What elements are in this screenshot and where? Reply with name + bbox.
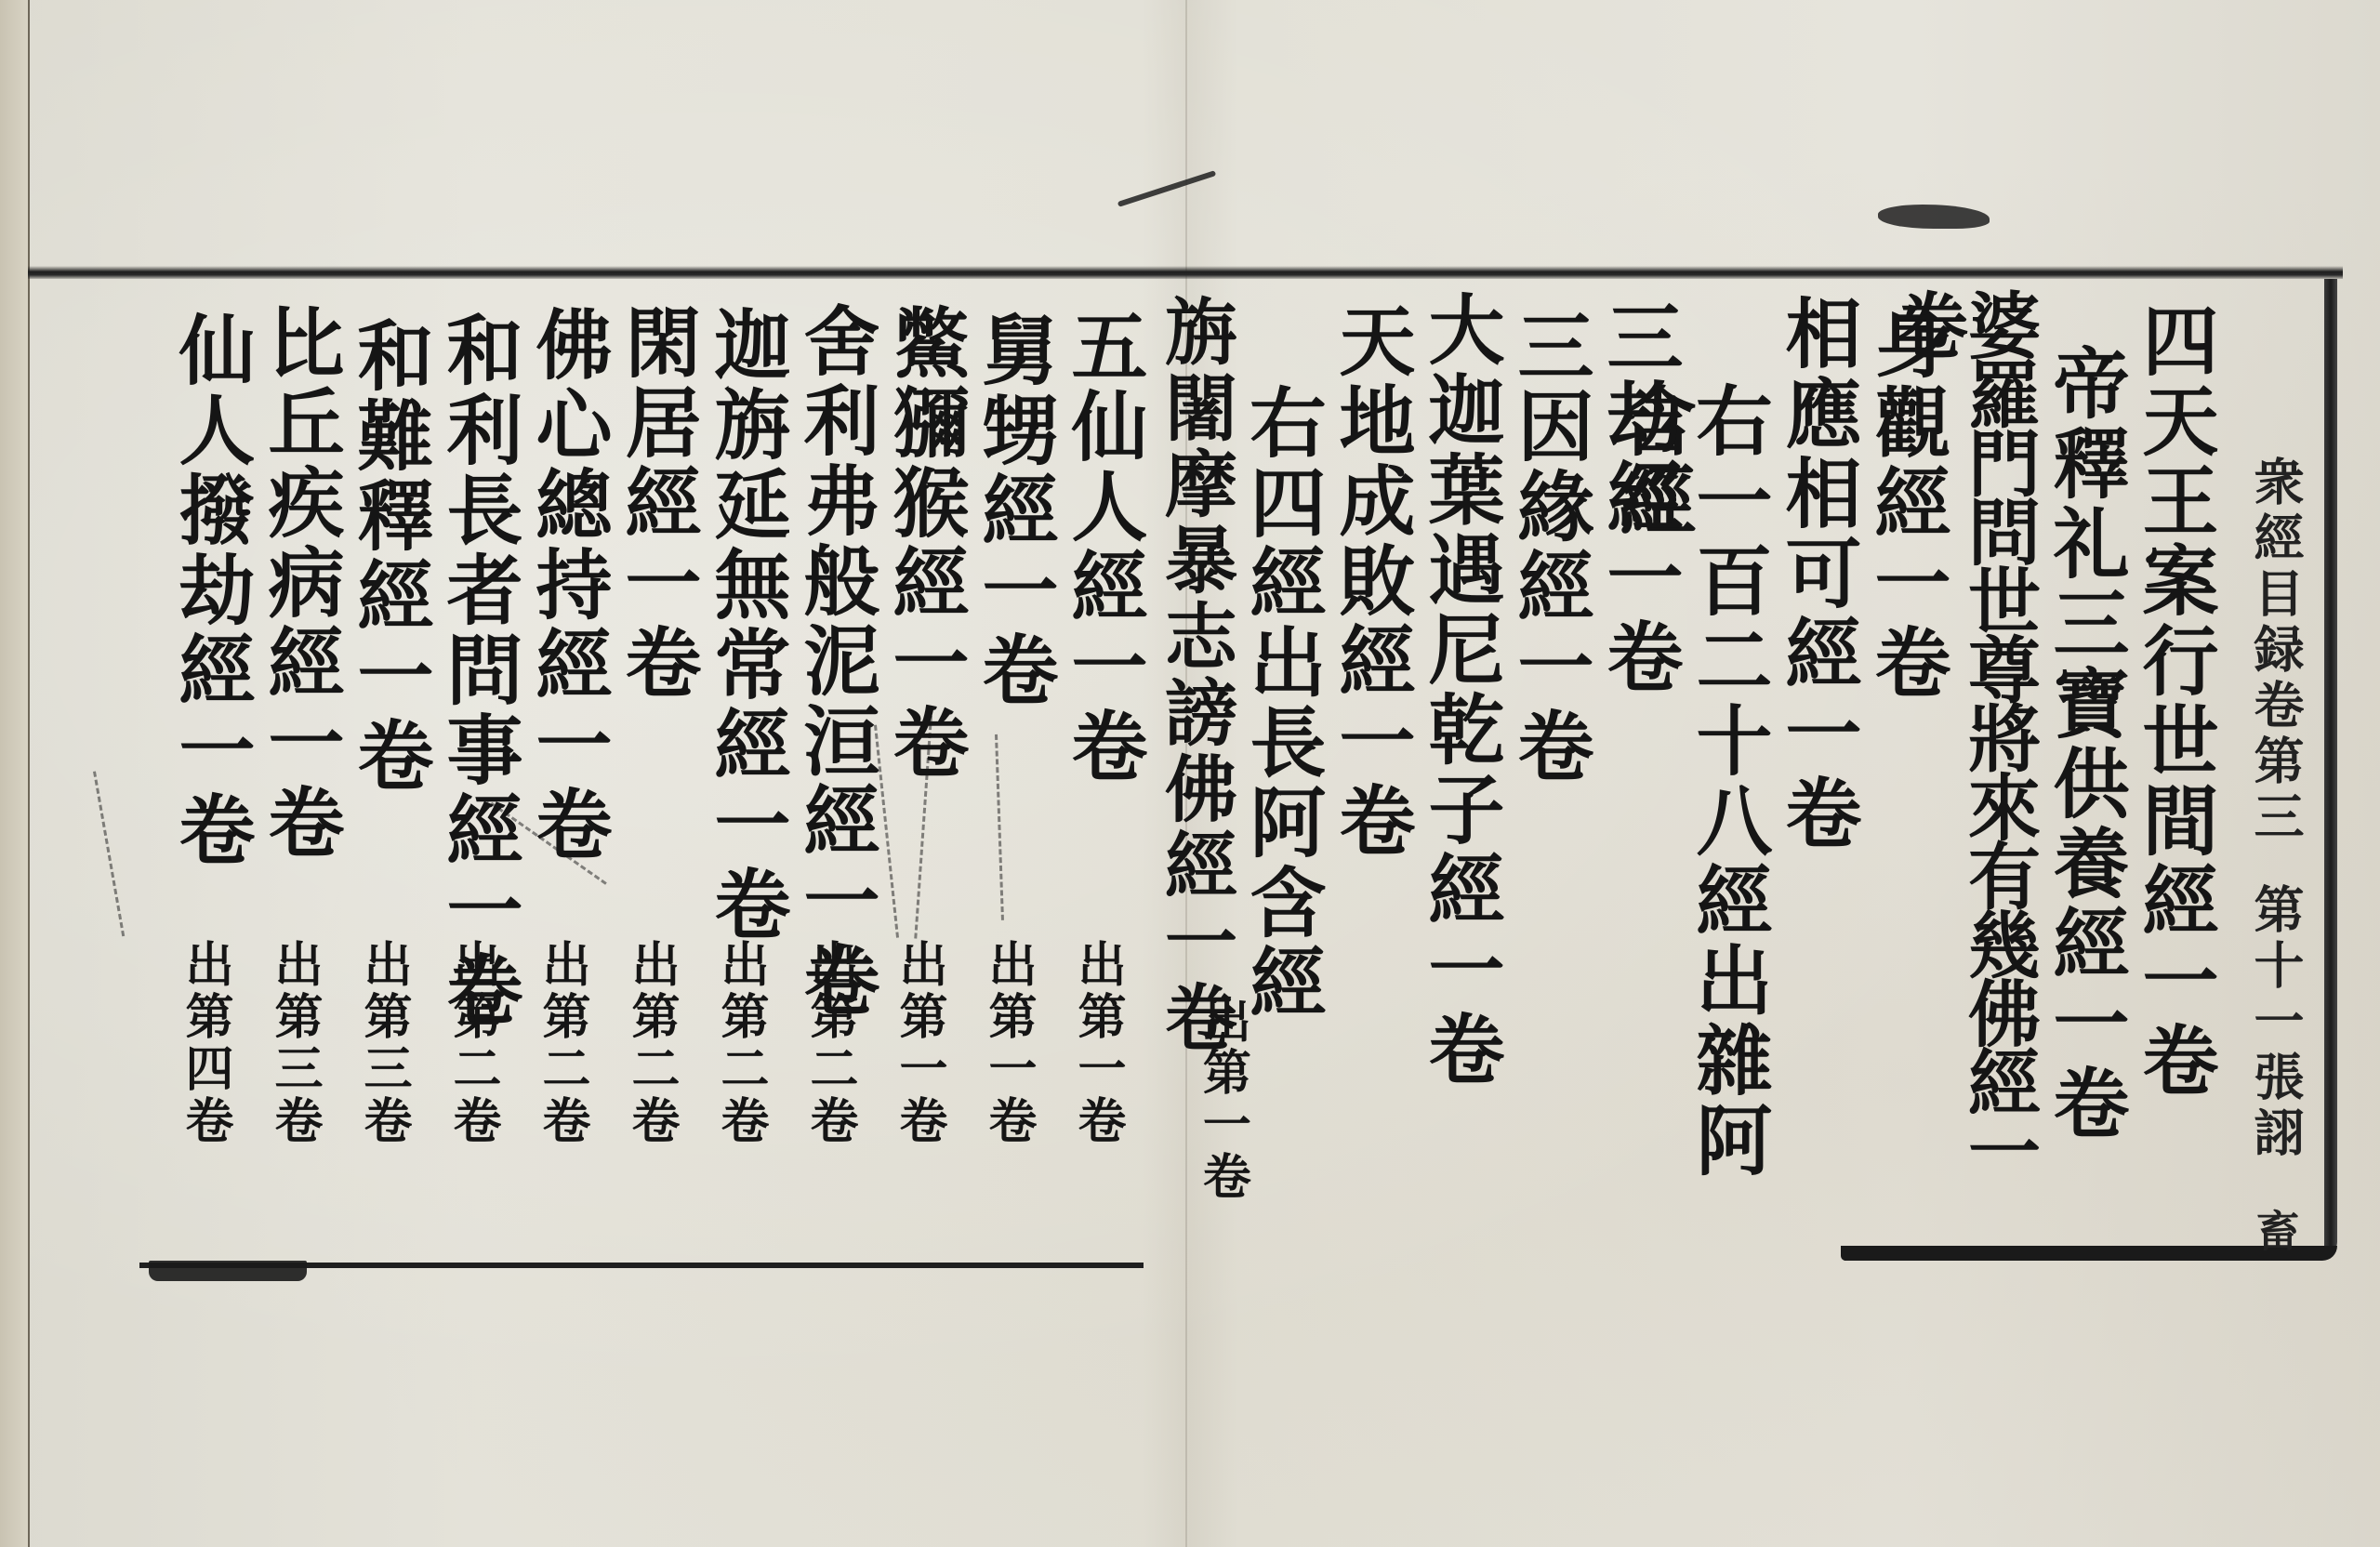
source-note: 出第一卷 — [984, 939, 1032, 1147]
ink-blot — [1878, 205, 1990, 229]
source-note: 出第三卷 — [359, 939, 407, 1147]
source-note: 出第二卷 — [627, 939, 675, 1147]
source-note: 出第二卷 — [537, 939, 586, 1147]
sutra-entry: 鱉獼猴經一卷 出第一卷 — [874, 279, 963, 1246]
sutra-entry: 天地成敗經一卷 — [1320, 279, 1409, 1246]
sutra-title: 三因緣經一卷 — [1512, 279, 1588, 1246]
sutra-entry: 五仙人經一卷 出第一卷 — [1052, 279, 1142, 1246]
text-block: 衆經目録卷第三 第十一張 詡 畜 四天王案行世間經一卷 帝釋礼三寶供養經一卷 婆… — [56, 279, 2324, 1246]
sutra-entry: 比丘疾病經一卷 出第三卷 — [249, 279, 338, 1246]
source-note: 出第三卷 — [270, 939, 318, 1147]
ink-smudge — [1117, 170, 1216, 207]
sutra-entry: 仙人撥劫經一卷 出第四卷 — [160, 279, 249, 1246]
sutra-title: 天地成敗經一卷 — [1333, 279, 1409, 1246]
block-mark: 詡 — [2241, 1106, 2312, 1162]
sutra-entry: 舍利弗般泥洹經一卷 出第二卷 — [785, 279, 874, 1246]
source-note: 出第一卷 — [1197, 995, 1246, 1203]
source-note: 出第一卷 — [1073, 939, 1121, 1147]
source-note: 出第二卷 — [448, 939, 496, 1147]
sutra-entry: 佛心總持經一卷 出第二卷 — [517, 279, 606, 1246]
source-note: 出第一卷 — [894, 939, 943, 1147]
sutra-title: 三劫經一卷 — [1601, 279, 1677, 1246]
sutra-title: 相應相可經一卷 — [1779, 279, 1856, 1246]
scanned-page: 衆經目録卷第三 第十一張 詡 畜 四天王案行世間經一卷 帝釋礼三寶供養經一卷 婆… — [0, 0, 2380, 1547]
sutra-entry: 婆羅門問世尊將來有幾佛經一卷 — [1945, 279, 2034, 1246]
sutra-entry: 和利長者問事經一卷 出第二卷 — [428, 279, 517, 1246]
sutra-title: 身觀經一卷 — [1869, 279, 1945, 1246]
sutra-entry: 大迦葉遇尼乾子經一卷 — [1409, 279, 1499, 1246]
sutra-entry: 相應相可經一卷 — [1766, 279, 1856, 1246]
upper-blank-margin — [28, 0, 2380, 270]
block-mark: 畜 — [2244, 1209, 2306, 1257]
ink-blot — [149, 1261, 307, 1281]
sutra-title: 大迦葉遇尼乾子經一卷 — [1422, 279, 1499, 1246]
summary-text: 右四經出長阿含經 — [1244, 279, 1320, 1246]
sutra-entry: 閑居經一卷 出第二卷 — [606, 279, 695, 1246]
source-note: 出第二卷 — [805, 939, 853, 1147]
margin-column: 衆經目録卷第三 第十一張 詡 畜 — [2213, 279, 2324, 1246]
sutra-entry: 三劫經一卷 — [1588, 279, 1677, 1246]
source-note: 出第二卷 — [716, 939, 764, 1147]
sutra-entry: 三因緣經一卷 — [1499, 279, 1588, 1246]
source-note: 出第四卷 — [180, 939, 229, 1147]
sutra-entry: 旃闍摩暴志謗佛經一卷 出第一卷 — [1142, 279, 1231, 1246]
sutra-entry: 身觀經一卷 — [1856, 279, 1945, 1246]
sutra-entry: 迦旃延無常經一卷 出第二卷 — [695, 279, 785, 1246]
sutra-title: 四天王案行世間經一卷 — [2136, 279, 2213, 1246]
sutra-title: 帝釋礼三寶供養經一卷 — [2047, 279, 2123, 1246]
sutra-entry: 四天王案行世間經一卷 — [2123, 279, 2213, 1246]
sutra-entry: 和難釋經一卷 出第三卷 — [338, 279, 428, 1246]
adjacent-page-edge — [0, 0, 30, 1547]
frame-right-border — [2324, 279, 2337, 1255]
page-number: 第十一張 — [2241, 883, 2312, 1106]
frame-top-border — [28, 266, 2343, 279]
summary-note: 右一百二十八經出雜阿含經 — [1677, 279, 1766, 1246]
catalog-title: 衆經目録卷第三 — [2241, 456, 2312, 846]
sutra-entry: 舅甥經一卷 出第一卷 — [963, 279, 1052, 1246]
sutra-entry: 帝釋礼三寶供養經一卷 — [2034, 279, 2123, 1246]
